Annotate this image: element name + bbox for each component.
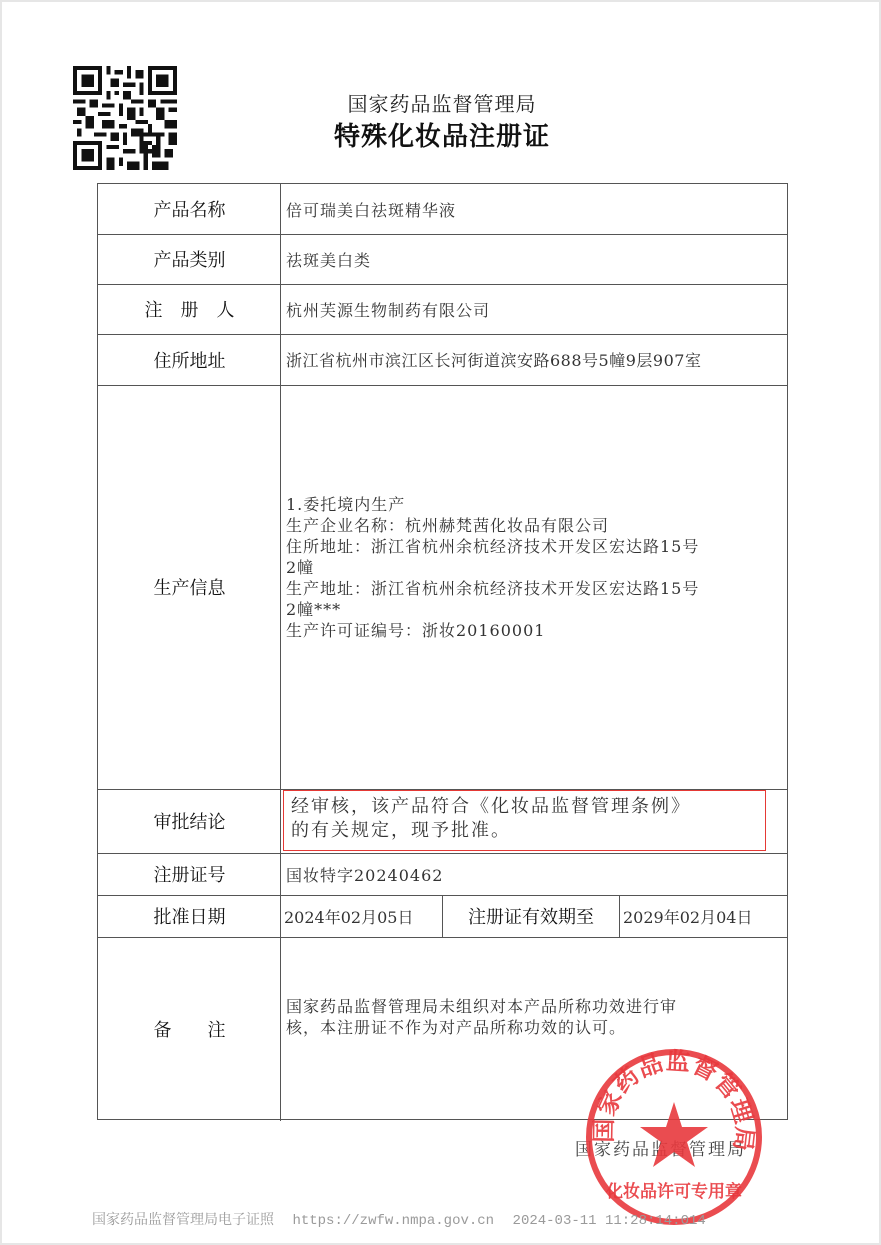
remarks-line: 核，本注册证不作为对产品所称功效的认可。 — [286, 1017, 777, 1038]
qr-code-icon — [72, 66, 178, 170]
approval-line: 的有关规定，现予批准。 — [291, 819, 777, 843]
label-product-category: 产品类别 — [98, 234, 281, 284]
certificate-page: 国家药品监督管理局 特殊化妆品注册证 产品名称 倍可瑞美白祛斑精华液 产品类别 … — [2, 2, 879, 1243]
value-product-name: 倍可瑞美白祛斑精华液 — [286, 184, 779, 234]
production-info: 1.委托境内生产 生产企业名称：杭州赫梵茜化妆品有限公司 住所地址：浙江省杭州余… — [286, 494, 777, 641]
value-registration-number: 国妆特字20240462 — [286, 853, 779, 895]
value-valid-until: 2029年02月04日 — [623, 895, 783, 937]
production-line: 生产企业名称：杭州赫梵茜化妆品有限公司 — [286, 515, 777, 536]
footer: 国家药品监督管理局电子证照 https://zwfw.nmpa.gov.cn 2… — [92, 1209, 720, 1229]
production-line: 1.委托境内生产 — [286, 494, 777, 515]
label-registrant: 注 册 人 — [98, 284, 281, 334]
value-address: 浙江省杭州市滨江区长河街道滨安路688号5幢9层907室 — [286, 334, 779, 385]
certificate-table: 产品名称 倍可瑞美白祛斑精华液 产品类别 祛斑美白类 注 册 人 杭州芙源生物制… — [97, 183, 788, 1120]
production-line: 生产地址：浙江省杭州余杭经济技术开发区宏达路15号 — [286, 578, 777, 599]
official-seal-icon: 国家药品监督管理局 化妆品许可专用章 — [584, 1047, 764, 1227]
label-approval-date: 批准日期 — [98, 895, 281, 937]
value-approval-date: 2024年02月05日 — [284, 895, 442, 937]
label-address: 住所地址 — [98, 334, 281, 385]
svg-text:化妆品许可专用章: 化妆品许可专用章 — [605, 1181, 742, 1202]
remarks-line: 国家药品监督管理局未组织对本产品所称功效进行审 — [286, 996, 777, 1017]
agency-name: 国家药品监督管理局 — [302, 88, 582, 117]
approval-conclusion: 经审核，该产品符合《化妆品监督管理条例》 的有关规定，现予批准。 — [291, 795, 777, 843]
value-registrant: 杭州芙源生物制药有限公司 — [286, 284, 779, 334]
label-production-info: 生产信息 — [98, 385, 281, 789]
label-product-name: 产品名称 — [98, 184, 281, 234]
production-line: 2幢*** — [286, 599, 777, 620]
production-line: 生产许可证编号：浙妆20160001 — [286, 620, 777, 641]
footer-source: 国家药品监督管理局电子证照 — [92, 1212, 274, 1228]
production-line: 2幢 — [286, 557, 777, 578]
footer-url[interactable]: https://zwfw.nmpa.gov.cn — [292, 1213, 494, 1229]
date-subcolumn-divider — [619, 895, 620, 937]
certificate-title: 特殊化妆品注册证 — [302, 116, 582, 153]
approval-line: 经审核，该产品符合《化妆品监督管理条例》 — [291, 795, 777, 819]
label-approval-conclusion: 审批结论 — [98, 789, 281, 853]
label-remarks: 备 注 — [98, 937, 281, 1121]
value-product-category: 祛斑美白类 — [286, 234, 779, 284]
remarks: 国家药品监督管理局未组织对本产品所称功效进行审 核，本注册证不作为对产品所称功效… — [286, 996, 777, 1038]
label-registration-number: 注册证号 — [98, 853, 281, 895]
footer-timestamp: 2024-03-11 11:28:14:014 — [513, 1213, 706, 1229]
production-line: 住所地址：浙江省杭州余杭经济技术开发区宏达路15号 — [286, 536, 777, 557]
label-valid-until: 注册证有效期至 — [443, 895, 619, 937]
